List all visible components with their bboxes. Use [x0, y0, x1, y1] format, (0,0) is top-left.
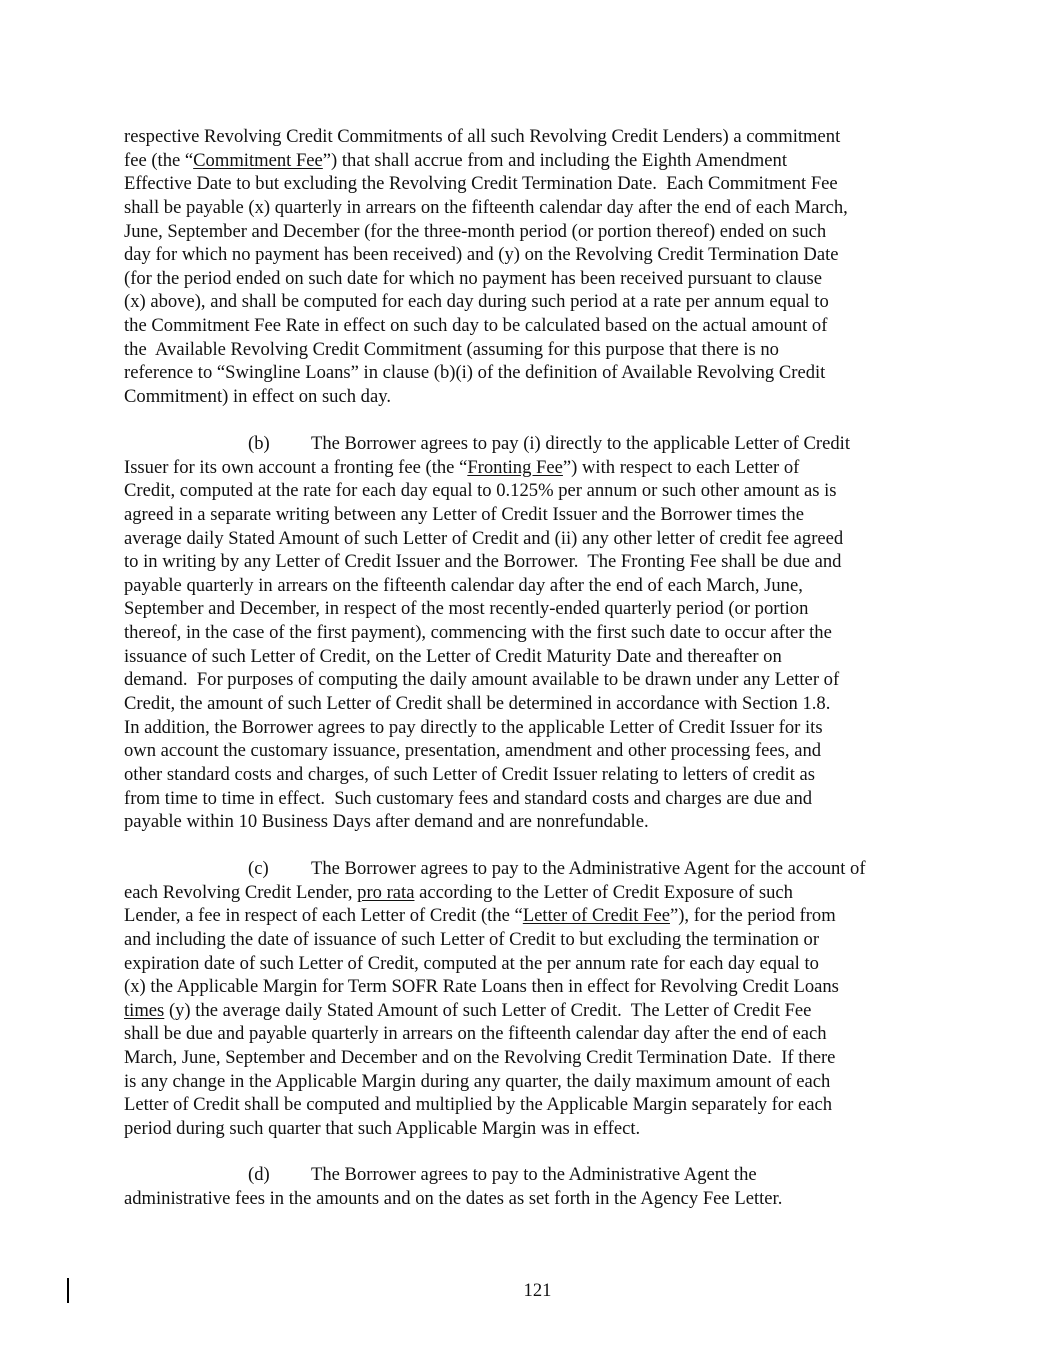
text-segment: fee (the “: [124, 150, 193, 171]
text-segment: Letter of Credit shall be computed and m…: [124, 1094, 832, 1115]
text-segment: the Commitment Fee Rate in effect on suc…: [124, 315, 827, 336]
text-line: the Commitment Fee Rate in effect on suc…: [124, 314, 934, 338]
clause-label: (b): [124, 432, 311, 456]
text-line: (x) the Applicable Margin for Term SOFR …: [124, 975, 934, 999]
text-line: agreed in a separate writing between any…: [124, 503, 934, 527]
text-line: Credit, the amount of such Letter of Cre…: [124, 692, 934, 716]
text-line: thereof, in the case of the first paymen…: [124, 621, 934, 645]
text-line: (for the period ended on such date for w…: [124, 267, 934, 291]
text-line: issuance of such Letter of Credit, on th…: [124, 645, 934, 669]
text-segment: Credit, the amount of such Letter of Cre…: [124, 693, 830, 714]
text-line: payable quarterly in arrears on the fift…: [124, 574, 934, 598]
text-line: and including the date of issuance of su…: [124, 928, 934, 952]
text-segment: from time to time in effect. Such custom…: [124, 788, 812, 809]
text-segment: thereof, in the case of the first paymen…: [124, 622, 832, 643]
text-segment: other standard costs and charges, of suc…: [124, 764, 815, 785]
text-segment: (y) the average daily Stated Amount of s…: [164, 1000, 811, 1021]
text-segment: the Available Revolving Credit Commitmen…: [124, 339, 779, 360]
text-segment: (x) above), and shall be computed for ea…: [124, 291, 829, 312]
text-segment: ”), for the period from: [670, 905, 836, 926]
text-line: own account the customary issuance, pres…: [124, 739, 934, 763]
text-segment: each Revolving Credit Lender,: [124, 882, 357, 903]
text-segment: payable within 10 Business Days after de…: [124, 811, 649, 832]
text-line: each Revolving Credit Lender, pro rata a…: [124, 881, 934, 905]
text-segment: and including the date of issuance of su…: [124, 929, 819, 950]
paragraph-c: (c)The Borrower agrees to pay to the Adm…: [124, 857, 934, 1141]
text-segment: administrative fees in the amounts and o…: [124, 1188, 782, 1209]
text-segment: agreed in a separate writing between any…: [124, 504, 804, 525]
text-line: to in writing by any Letter of Credit Is…: [124, 550, 934, 574]
text-segment: period during such quarter that such App…: [124, 1118, 640, 1139]
text-segment: expiration date of such Letter of Credit…: [124, 953, 819, 974]
text-line: day for which no payment has been receiv…: [124, 243, 934, 267]
text-line: times (y) the average daily Stated Amoun…: [124, 999, 934, 1023]
text-line: from time to time in effect. Such custom…: [124, 787, 934, 811]
text-line: Issuer for its own account a fronting fe…: [124, 456, 934, 480]
text-line: the Available Revolving Credit Commitmen…: [124, 338, 934, 362]
text-segment: day for which no payment has been receiv…: [124, 244, 839, 265]
defined-term: pro rata: [357, 882, 414, 903]
text-line: administrative fees in the amounts and o…: [124, 1187, 934, 1211]
defined-term: times: [124, 1000, 164, 1021]
text-line: shall be payable (x) quarterly in arrear…: [124, 196, 934, 220]
text-segment: reference to “Swingline Loans” in clause…: [124, 362, 825, 383]
text-segment: June, September and December (for the th…: [124, 221, 826, 242]
text-segment: ”) with respect to each Letter of: [563, 457, 799, 478]
text-segment: (x) the Applicable Margin for Term SOFR …: [124, 976, 839, 997]
text-line: Letter of Credit shall be computed and m…: [124, 1093, 934, 1117]
text-segment: demand. For purposes of computing the da…: [124, 669, 839, 690]
defined-term: Letter of Credit Fee: [523, 905, 670, 926]
text-line: September and December, in respect of th…: [124, 597, 934, 621]
text-segment: payable quarterly in arrears on the fift…: [124, 575, 803, 596]
text-segment: is any change in the Applicable Margin d…: [124, 1071, 830, 1092]
text-segment: to in writing by any Letter of Credit Is…: [124, 551, 841, 572]
text-line: respective Revolving Credit Commitments …: [124, 125, 934, 149]
text-segment: The Borrower agrees to pay to the Admini…: [311, 858, 866, 879]
text-line: shall be due and payable quarterly in ar…: [124, 1022, 934, 1046]
document-page: respective Revolving Credit Commitments …: [0, 0, 1055, 1365]
clause-label: (c): [124, 857, 311, 881]
text-segment: respective Revolving Credit Commitments …: [124, 126, 840, 147]
paragraph-d: (d)The Borrower agrees to pay to the Adm…: [124, 1163, 934, 1210]
text-segment: Commitment) in effect on such day.: [124, 386, 391, 407]
text-line: expiration date of such Letter of Credit…: [124, 952, 934, 976]
text-segment: (for the period ended on such date for w…: [124, 268, 822, 289]
text-segment: average daily Stated Amount of such Lett…: [124, 528, 843, 549]
text-line: average daily Stated Amount of such Lett…: [124, 527, 934, 551]
paragraph-b: (b)The Borrower agrees to pay (i) direct…: [124, 432, 934, 834]
text-line: March, June, September and December and …: [124, 1046, 934, 1070]
text-segment: The Borrower agrees to pay (i) directly …: [311, 433, 850, 454]
text-segment: according to the Letter of Credit Exposu…: [414, 882, 792, 903]
text-segment: shall be due and payable quarterly in ar…: [124, 1023, 827, 1044]
text-line: (c)The Borrower agrees to pay to the Adm…: [124, 857, 934, 881]
text-line: Effective Date to but excluding the Revo…: [124, 172, 934, 196]
text-line: (x) above), and shall be computed for ea…: [124, 290, 934, 314]
text-segment: Lender, a fee in respect of each Letter …: [124, 905, 523, 926]
text-segment: ”) that shall accrue from and including …: [323, 150, 787, 171]
text-line: demand. For purposes of computing the da…: [124, 668, 934, 692]
text-line: is any change in the Applicable Margin d…: [124, 1070, 934, 1094]
defined-term: Commitment Fee: [193, 150, 323, 171]
text-segment: September and December, in respect of th…: [124, 598, 808, 619]
text-line: Credit, computed at the rate for each da…: [124, 479, 934, 503]
text-line: (d)The Borrower agrees to pay to the Adm…: [124, 1163, 934, 1187]
text-segment: In addition, the Borrower agrees to pay …: [124, 717, 823, 738]
text-line: Commitment) in effect on such day.: [124, 385, 934, 409]
text-line: fee (the “Commitment Fee”) that shall ac…: [124, 149, 934, 173]
text-segment: The Borrower agrees to pay to the Admini…: [311, 1164, 757, 1185]
clause-label: (d): [124, 1163, 311, 1187]
text-segment: issuance of such Letter of Credit, on th…: [124, 646, 782, 667]
defined-term: Fronting Fee: [467, 457, 563, 478]
text-line: reference to “Swingline Loans” in clause…: [124, 361, 934, 385]
text-line: Lender, a fee in respect of each Letter …: [124, 904, 934, 928]
text-line: In addition, the Borrower agrees to pay …: [124, 716, 934, 740]
text-line: (b)The Borrower agrees to pay (i) direct…: [124, 432, 934, 456]
text-segment: own account the customary issuance, pres…: [124, 740, 821, 761]
text-line: June, September and December (for the th…: [124, 220, 934, 244]
text-segment: Issuer for its own account a fronting fe…: [124, 457, 467, 478]
text-line: period during such quarter that such App…: [124, 1117, 934, 1141]
text-line: payable within 10 Business Days after de…: [124, 810, 934, 834]
paragraph-a-continued: respective Revolving Credit Commitments …: [124, 125, 934, 409]
text-segment: shall be payable (x) quarterly in arrear…: [124, 197, 848, 218]
text-segment: March, June, September and December and …: [124, 1047, 835, 1068]
page-number: 121: [0, 1280, 1055, 1302]
text-segment: Credit, computed at the rate for each da…: [124, 480, 837, 501]
text-segment: Effective Date to but excluding the Revo…: [124, 173, 838, 194]
text-line: other standard costs and charges, of suc…: [124, 763, 934, 787]
